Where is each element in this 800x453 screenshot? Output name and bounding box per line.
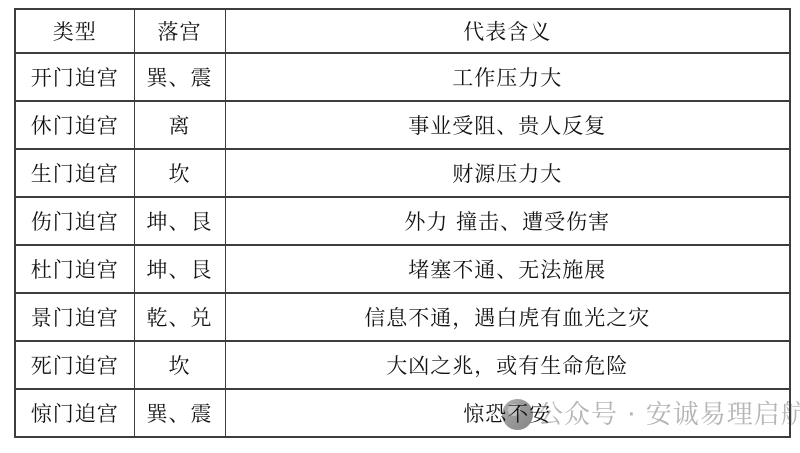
table-row: 惊门迫宫 巽、震 惊恐不安: [15, 389, 790, 437]
cell-meaning: 惊恐不安: [225, 389, 790, 437]
cell-meaning: 大凶之兆，或有生命危险: [225, 341, 790, 389]
cell-meaning: 信息不通，遇白虎有血光之灾: [225, 293, 790, 341]
cell-type: 惊门迫宫: [15, 389, 134, 437]
cell-type: 死门迫宫: [15, 341, 134, 389]
header-row: 类型 落宫 代表含义: [15, 9, 790, 53]
cell-type: 生门迫宫: [15, 149, 134, 197]
column-header-palace: 落宫: [134, 9, 225, 53]
table-row: 死门迫宫 坎 大凶之兆，或有生命危险: [15, 341, 790, 389]
cell-palace: 巽、震: [134, 53, 225, 101]
cell-type: 休门迫宫: [15, 101, 134, 149]
cell-palace: 坤、艮: [134, 197, 225, 245]
column-header-type: 类型: [15, 9, 134, 53]
table-row: 开门迫宫 巽、震 工作压力大: [15, 53, 790, 101]
cell-meaning: 堵塞不通、无法施展: [225, 245, 790, 293]
cell-type: 开门迫宫: [15, 53, 134, 101]
cell-palace: 坤、艮: [134, 245, 225, 293]
cell-type: 景门迫宫: [15, 293, 134, 341]
table-row: 休门迫宫 离 事业受阻、贵人反复: [15, 101, 790, 149]
table-row: 生门迫宫 坎 财源压力大: [15, 149, 790, 197]
cell-palace: 坎: [134, 149, 225, 197]
table-row: 景门迫宫 乾、兑 信息不通，遇白虎有血光之灾: [15, 293, 790, 341]
table-row: 伤门迫宫 坤、艮 外力 撞击、遭受伤害: [15, 197, 790, 245]
cell-meaning: 工作压力大: [225, 53, 790, 101]
table-header: 类型 落宫 代表含义: [15, 9, 790, 53]
cell-palace: 坎: [134, 341, 225, 389]
cell-palace: 离: [134, 101, 225, 149]
cell-meaning: 外力 撞击、遭受伤害: [225, 197, 790, 245]
table-body: 开门迫宫 巽、震 工作压力大 休门迫宫 离 事业受阻、贵人反复 生门迫宫 坎 财…: [15, 53, 790, 437]
cell-palace: 乾、兑: [134, 293, 225, 341]
table-row: 杜门迫宫 坤、艮 堵塞不通、无法施展: [15, 245, 790, 293]
cell-type: 伤门迫宫: [15, 197, 134, 245]
qimen-door-palace-table: 类型 落宫 代表含义 开门迫宫 巽、震 工作压力大 休门迫宫 离 事业受阻、贵人…: [14, 8, 791, 438]
cell-meaning: 事业受阻、贵人反复: [225, 101, 790, 149]
column-header-meaning: 代表含义: [225, 9, 790, 53]
cell-palace: 巽、震: [134, 389, 225, 437]
cell-meaning: 财源压力大: [225, 149, 790, 197]
table-figure: 公众号 · 安诚易理启航 类型 落宫 代表含义 开门迫宫 巽、震 工作压力大 休…: [0, 0, 800, 453]
cell-type: 杜门迫宫: [15, 245, 134, 293]
